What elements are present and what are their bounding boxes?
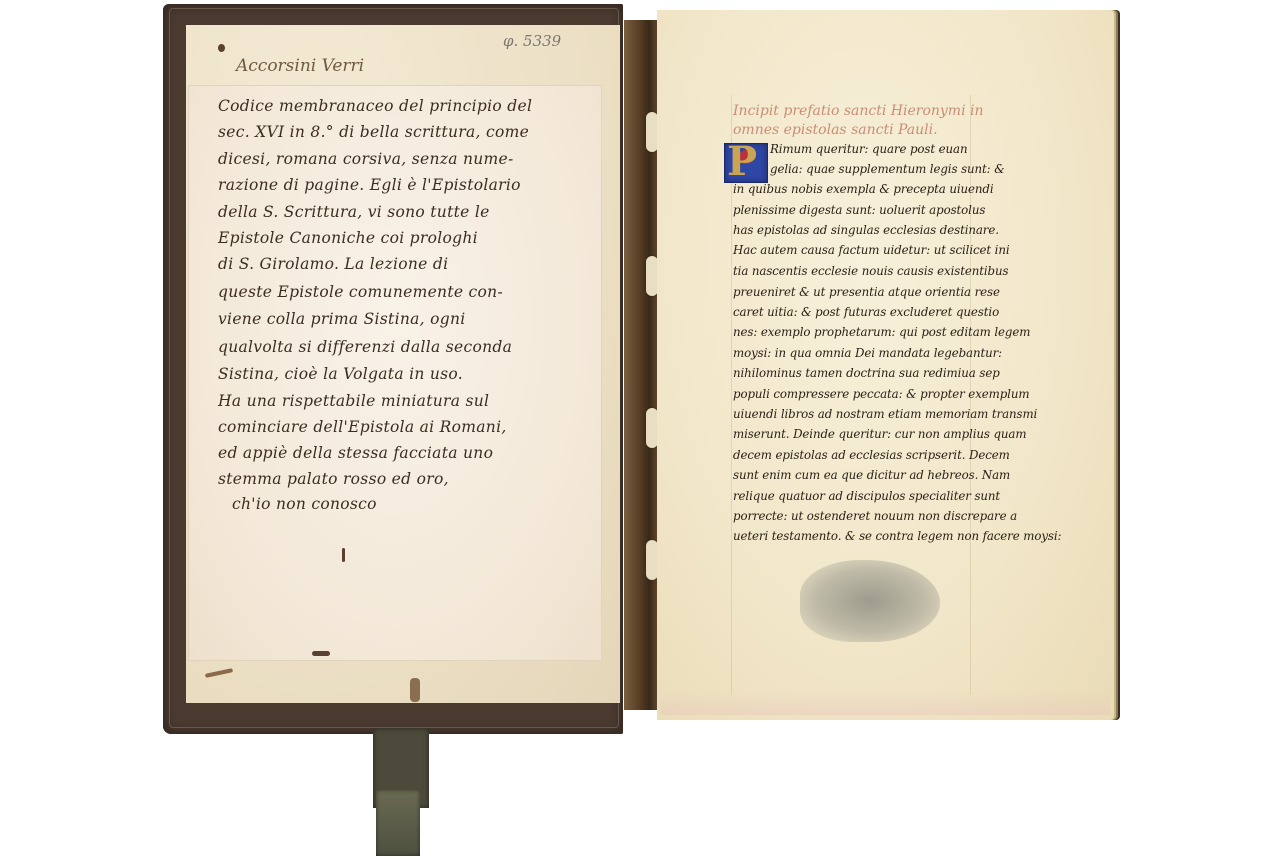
text-line: populi compressere peccata: & propter ex… xyxy=(733,387,1029,401)
note-line: ed appiè della stessa facciata uno xyxy=(218,444,493,462)
note-line: Ha una rispettabile miniatura sul xyxy=(218,392,489,410)
metal-clasp xyxy=(376,790,420,856)
note-line: della S. Scrittura, vi sono tutte le xyxy=(218,203,490,221)
text-line: nes: exemplo prophetarum: qui post edita… xyxy=(733,325,1030,339)
text-line: gelia: quae supplementum legis sunt: & xyxy=(770,162,1005,176)
text-line: miserunt. Deinde queritur: cur non ampli… xyxy=(733,427,1026,441)
text-line: plenissime digesta sunt: uoluerit aposto… xyxy=(733,203,985,217)
ink-mark xyxy=(342,548,345,562)
note-line: di S. Girolamo. La lezione di xyxy=(218,255,448,273)
note-line: cominciare dell'Epistola ai Romani, xyxy=(218,418,507,436)
ink-mark xyxy=(312,651,330,656)
text-line: porrecte: ut ostenderet nouum non discre… xyxy=(733,509,1017,523)
text-line: preueniret & ut presentia atque orientia… xyxy=(733,285,1000,299)
note-line: stemma palato rosso ed oro, xyxy=(218,470,449,488)
note-line: Sistina, cioè la Volgata in uso. xyxy=(218,365,463,383)
page-discoloration xyxy=(660,690,1110,715)
note-line: sec. XVI in 8.° di bella scrittura, come xyxy=(218,123,529,141)
note-line: ch'io non conosco xyxy=(232,495,377,513)
note-line: dicesi, romana corsiva, senza nume- xyxy=(218,150,514,168)
text-line: nihilominus tamen doctrina sua redimiua … xyxy=(733,366,1000,380)
text-line: ueteri testamento. & se contra legem non… xyxy=(733,529,1061,543)
text-line: Hac autem causa factum uidetur: ut scili… xyxy=(733,243,1010,257)
text-line: moysi: in qua omnia Dei mandata legebant… xyxy=(733,346,1002,360)
paper-tear xyxy=(410,678,420,702)
shelfmark-note: φ. 5339 xyxy=(503,32,561,50)
text-line: uiuendi libros ad nostram etiam memoriam… xyxy=(733,407,1037,421)
text-line: relique quatuor ad discipulos specialite… xyxy=(733,489,1000,503)
note-line: viene colla prima Sistina, ogni xyxy=(218,310,466,328)
note-line: qualvolta si differenzi dalla seconda xyxy=(218,338,512,356)
ink-blot xyxy=(218,44,225,52)
rubric-line: omnes epistolas sancti Pauli. xyxy=(733,122,938,138)
text-line: has epistolas ad singulas ecclesias dest… xyxy=(733,223,999,237)
illuminated-initial: P xyxy=(724,143,768,183)
text-line: decem epistolas ad ecclesias scripserit.… xyxy=(733,448,1010,462)
note-line: Codice membranaceo del principio del xyxy=(218,97,532,115)
old-inscription: Accorsini Verri xyxy=(236,56,364,76)
initial-letter: P xyxy=(727,140,757,184)
text-line: tia nascentis ecclesie nouis causis exis… xyxy=(733,264,1008,278)
rubric-line: Incipit prefatio sancti Hieronymi in xyxy=(733,103,984,119)
text-line: Rimum queritur: quare post euan xyxy=(770,142,967,156)
book-spine xyxy=(624,20,660,710)
note-line: Epistole Canoniche coi prologhi xyxy=(218,229,478,247)
note-line: razione di pagine. Egli è l'Epistolario xyxy=(218,176,521,194)
text-line: sunt enim cum ea que dicitur ad hebreos.… xyxy=(733,468,1010,482)
note-line: queste Epistole comunemente con- xyxy=(218,283,503,301)
water-stain xyxy=(800,560,940,642)
text-line: in quibus nobis exempla & precepta uiuen… xyxy=(733,182,994,196)
text-line: caret uitia: & post futuras excluderet q… xyxy=(733,305,999,319)
